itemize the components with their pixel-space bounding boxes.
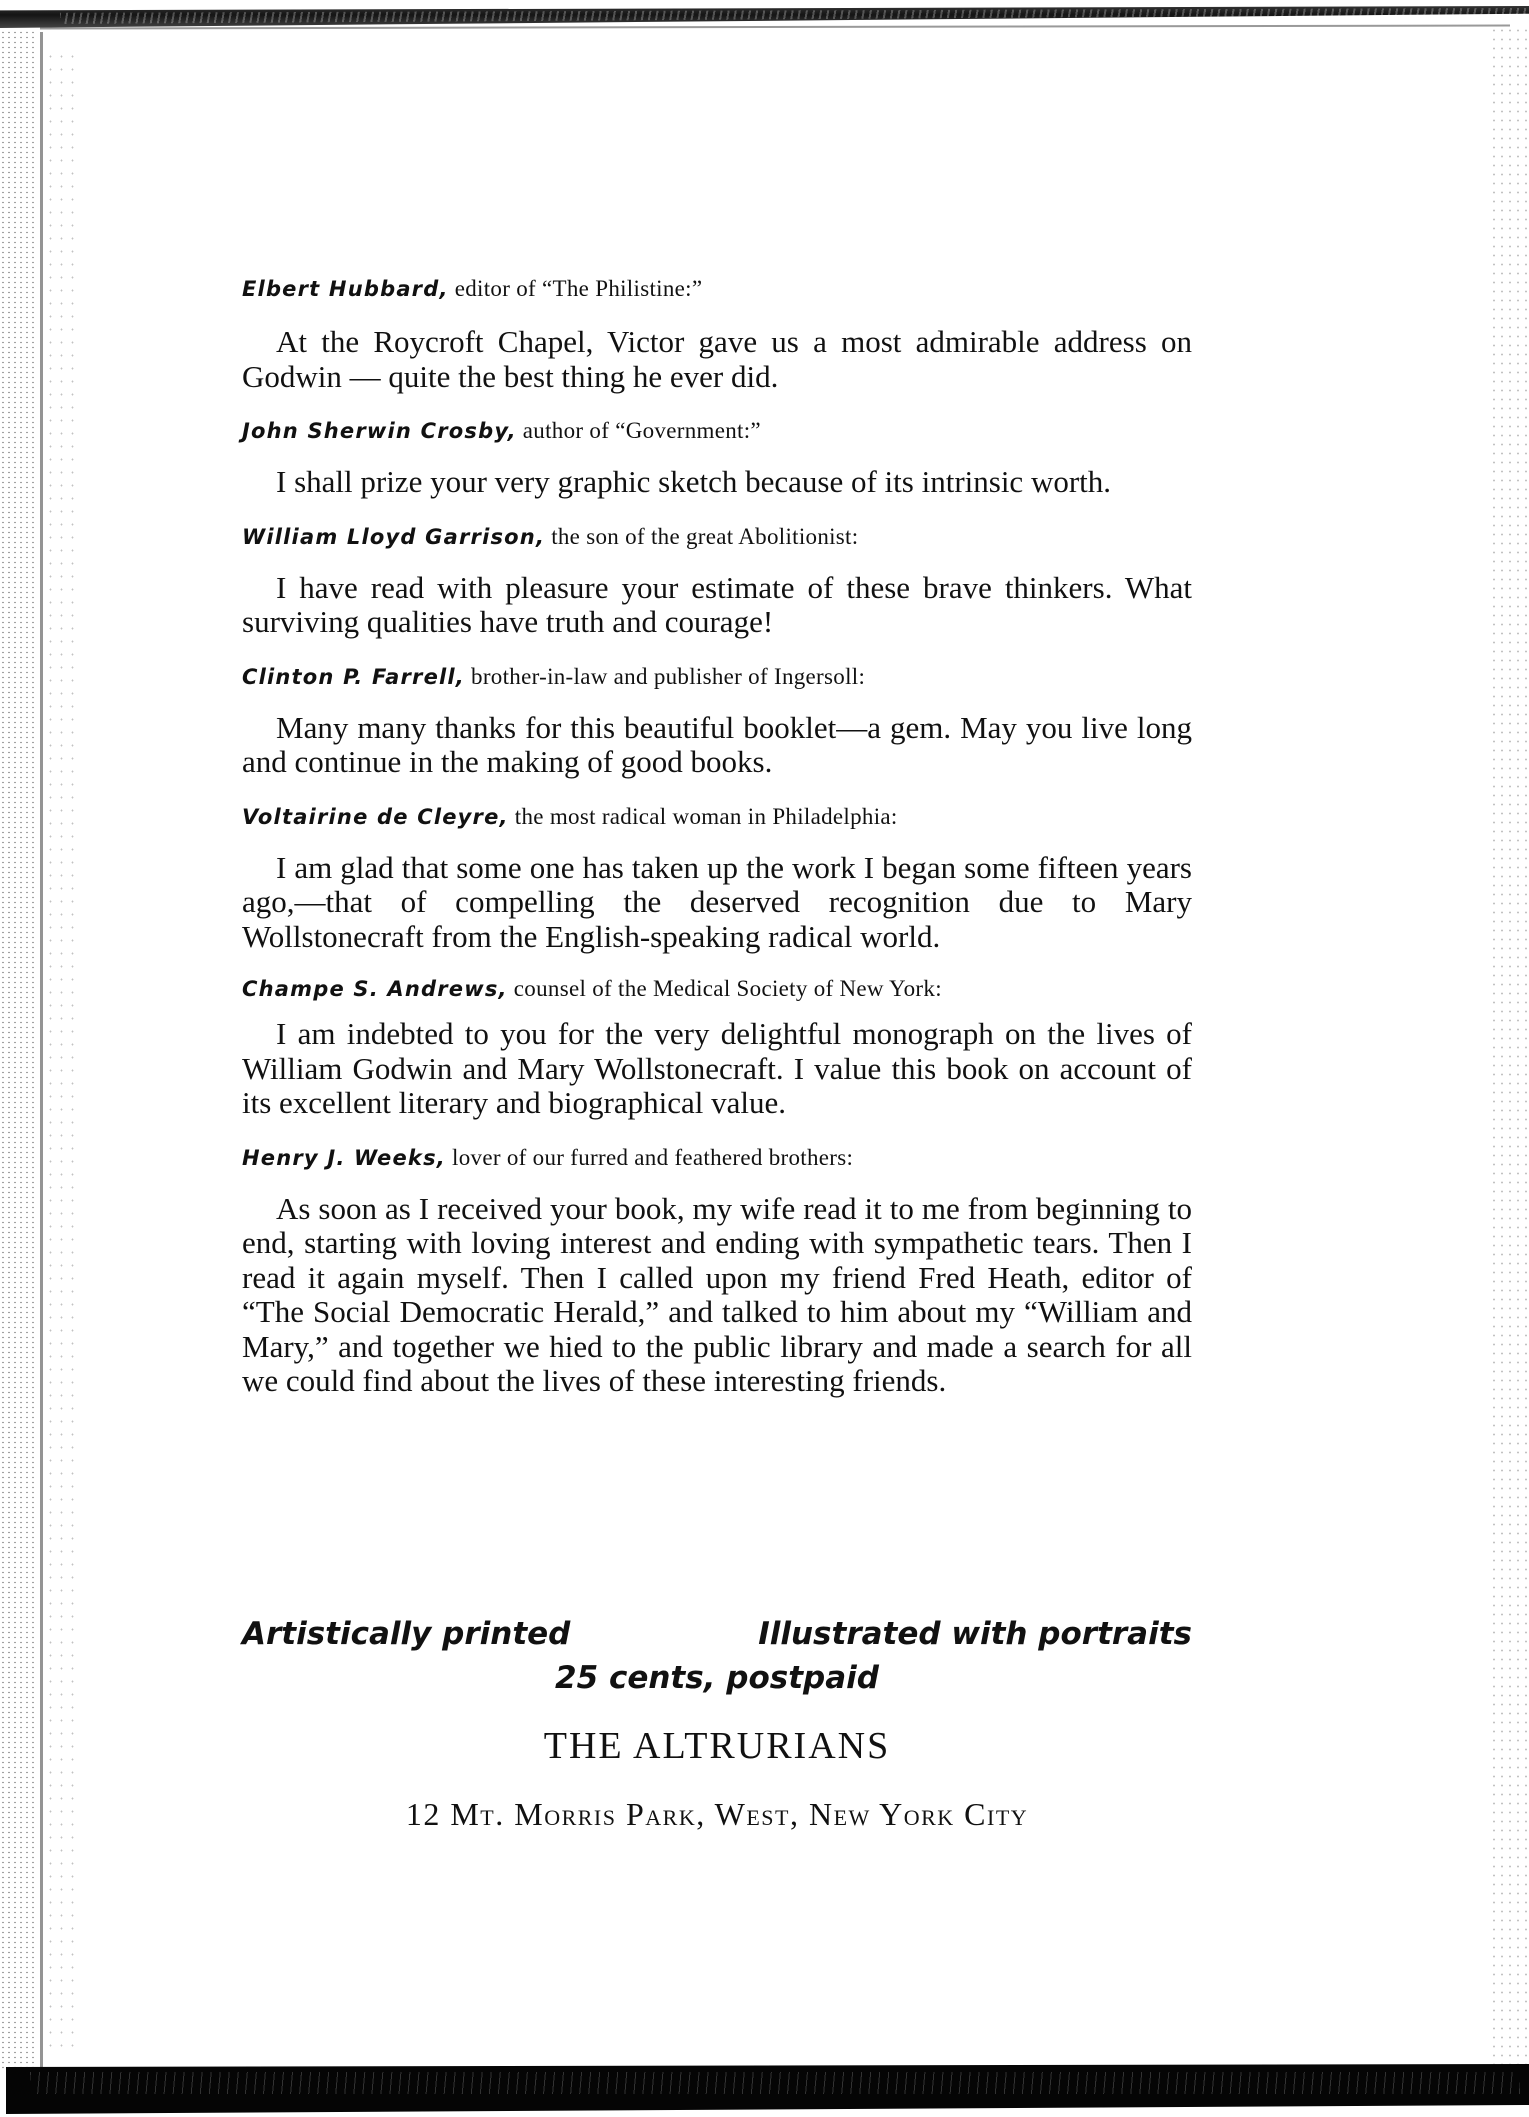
testimonial-author: Voltairine de Cleyre, (242, 805, 509, 829)
testimonial-role: the most radical woman in Philadelphia: (509, 804, 898, 829)
testimonial: Voltairine de Cleyre, the most radical w… (242, 802, 1192, 955)
scan-bottom-edge-texture (30, 2072, 1520, 2094)
testimonial: Elbert Hubbard, editor of “The Philistin… (242, 274, 1192, 394)
promo-features: Artistically printed Illustrated with po… (242, 1612, 1192, 1656)
advertisement-block: Artistically printed Illustrated with po… (242, 1612, 1192, 1836)
testimonial-heading: Henry J. Weeks, lover of our furred and … (242, 1143, 1192, 1174)
testimonial-quote: I have read with pleasure your estimate … (242, 571, 1192, 640)
publisher-address: 12 Mt. Morris Park, West, New York City (242, 1792, 1192, 1836)
promo-printed: Artistically printed (242, 1612, 570, 1656)
testimonial-author: Henry J. Weeks, (242, 1146, 446, 1170)
testimonial-quote: I am indebted to you for the very deligh… (242, 1017, 1192, 1121)
testimonial-role: the son of the great Abolitionist: (545, 524, 858, 549)
testimonial-heading: Elbert Hubbard, editor of “The Philistin… (242, 274, 1192, 305)
testimonial-author: William Lloyd Garrison, (242, 525, 545, 549)
testimonial-quote: I am glad that some one has taken up the… (242, 851, 1192, 955)
testimonial-heading: William Lloyd Garrison, the son of the g… (242, 522, 1192, 553)
testimonial-author: John Sherwin Crosby, (242, 419, 517, 443)
testimonial-quote: At the Roycroft Chapel, Victor gave us a… (242, 325, 1192, 394)
testimonial-role: author of “Government:” (517, 418, 761, 443)
testimonial: Henry J. Weeks, lover of our furred and … (242, 1143, 1192, 1399)
testimonial-quote: Many many thanks for this beautiful book… (242, 711, 1192, 780)
testimonial-role: counsel of the Medical Society of New Yo… (508, 976, 942, 1001)
promo-price: 25 cents, postpaid (242, 1656, 1192, 1700)
page-left-border (40, 32, 43, 2067)
testimonial-author: Champe S. Andrews, (242, 977, 508, 1001)
testimonial-role: lover of our furred and feathered brothe… (446, 1145, 853, 1170)
testimonial-quote: As soon as I received your book, my wife… (242, 1192, 1192, 1399)
publisher-name: THE ALTRURIANS (242, 1722, 1192, 1770)
testimonial-role: brother-in-law and publisher of Ingersol… (465, 664, 865, 689)
testimonial-author: Elbert Hubbard, (242, 277, 449, 301)
testimonial: William Lloyd Garrison, the son of the g… (242, 522, 1192, 640)
testimonial-heading: Champe S. Andrews, counsel of the Medica… (242, 974, 1192, 1005)
testimonial-heading: Clinton P. Farrell, brother-in-law and p… (242, 662, 1192, 693)
testimonial-heading: John Sherwin Crosby, author of “Governme… (242, 416, 1192, 447)
scan-right-margin (1490, 26, 1529, 2071)
testimonial: Clinton P. Farrell, brother-in-law and p… (242, 662, 1192, 780)
testimonial-author: Clinton P. Farrell, (242, 665, 465, 689)
testimonials-section: Elbert Hubbard, editor of “The Philistin… (242, 274, 1192, 1399)
scan-left-speckle (45, 50, 75, 2050)
testimonial: John Sherwin Crosby, author of “Governme… (242, 416, 1192, 500)
scan-left-margin (0, 30, 36, 2070)
promo-illustrated: Illustrated with portraits (758, 1612, 1192, 1656)
testimonial-heading: Voltairine de Cleyre, the most radical w… (242, 802, 1192, 833)
testimonial-role: editor of “The Philistine:” (449, 276, 703, 301)
testimonial: Champe S. Andrews, counsel of the Medica… (242, 974, 1192, 1121)
testimonial-quote: I shall prize your very graphic sketch b… (242, 465, 1192, 500)
